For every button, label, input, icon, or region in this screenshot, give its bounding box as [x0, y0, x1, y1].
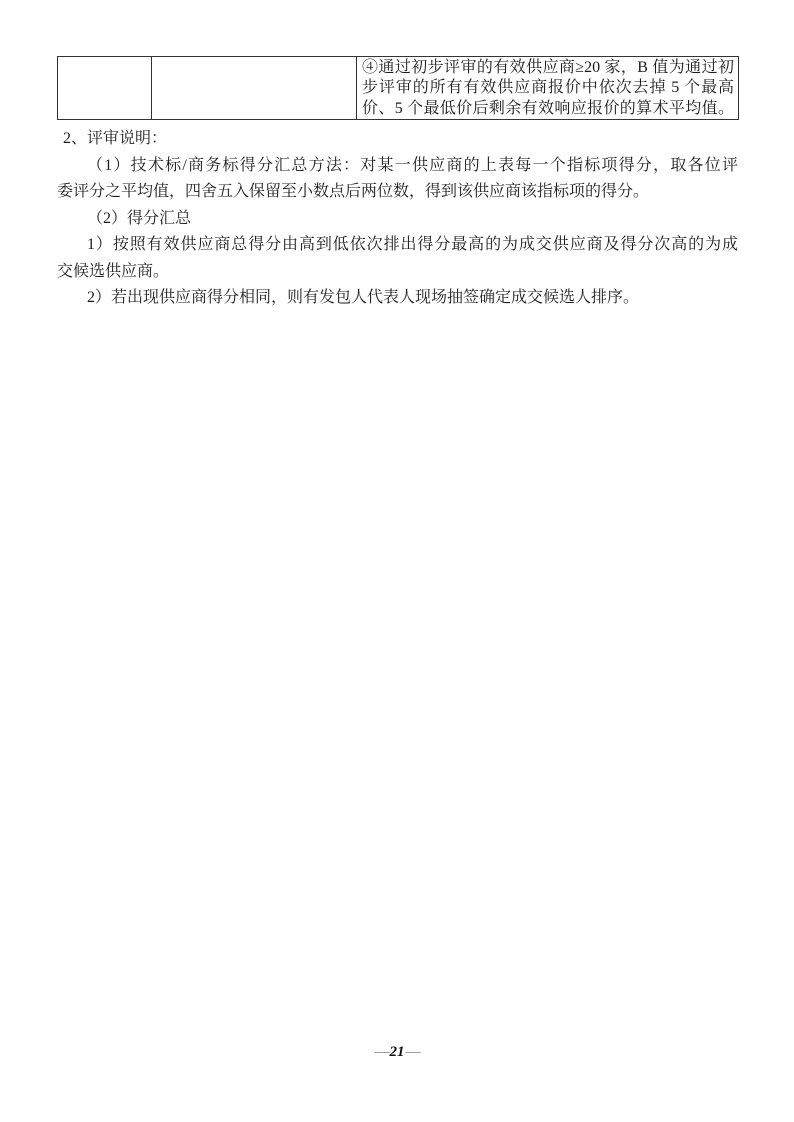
- body-text: 2、评审说明： （1）技术标/商务标得分汇总方法：对某一供应商的上表每一个指标项…: [57, 126, 738, 312]
- footer-right-dash: —: [406, 1044, 420, 1060]
- paragraph-line: （1）技术标/商务标得分汇总方法：对某一供应商的上表每一个指标项得分，取各位评: [57, 153, 738, 180]
- page-footer: —21—: [0, 1043, 794, 1061]
- paragraph-score-summary-method: （1）技术标/商务标得分汇总方法：对某一供应商的上表每一个指标项得分，取各位评 …: [57, 153, 738, 206]
- paragraph-ranking-rule: 1）按照有效供应商总得分由高到低依次排出得分最高的为成交供应商及得分次高的为成 …: [57, 232, 738, 285]
- table-cell-empty-1: [58, 57, 152, 120]
- paragraph-line: 2）若出现供应商得分相同，则有发包人代表人现场抽签确定成交候选人排序。: [57, 285, 738, 312]
- paragraph-tie-breaking-rule: 2）若出现供应商得分相同，则有发包人代表人现场抽签确定成交候选人排序。: [57, 285, 738, 312]
- paragraph-line: 委评分之平均值，四舍五入保留至小数点后两位数，得到该供应商该指标项的得分。: [57, 179, 738, 206]
- evaluation-table: ④通过初步评审的有效供应商≥20 家，B 值为通过初 步评审的所有有效供应商报价…: [57, 56, 739, 120]
- paragraph-line: 交候选供应商。: [57, 259, 738, 286]
- table-cell-line: ④通过初步评审的有效供应商≥20 家，B 值为通过初: [362, 58, 734, 78]
- document-page: ④通过初步评审的有效供应商≥20 家，B 值为通过初 步评审的所有有效供应商报价…: [0, 0, 794, 1122]
- table-row: ④通过初步评审的有效供应商≥20 家，B 值为通过初 步评审的所有有效供应商报价…: [58, 57, 739, 120]
- section-heading: 2、评审说明：: [57, 126, 738, 153]
- table-cell-line: 价、5 个最低价后剩余有效响应报价的算术平均值。: [362, 99, 734, 119]
- paragraph-score-total-heading: （2）得分汇总: [57, 206, 738, 233]
- paragraph-line: 1）按照有效供应商总得分由高到低依次排出得分最高的为成交供应商及得分次高的为成: [57, 232, 738, 259]
- paragraph-line: （2）得分汇总: [57, 206, 738, 233]
- table-cell-line: 步评审的所有有效供应商报价中依次去掉 5 个最高: [362, 78, 734, 98]
- table-cell-empty-2: [152, 57, 357, 120]
- table-cell-criteria: ④通过初步评审的有效供应商≥20 家，B 值为通过初 步评审的所有有效供应商报价…: [357, 57, 739, 120]
- footer-left-dash: —: [375, 1044, 389, 1060]
- page-number: 21: [389, 1044, 406, 1060]
